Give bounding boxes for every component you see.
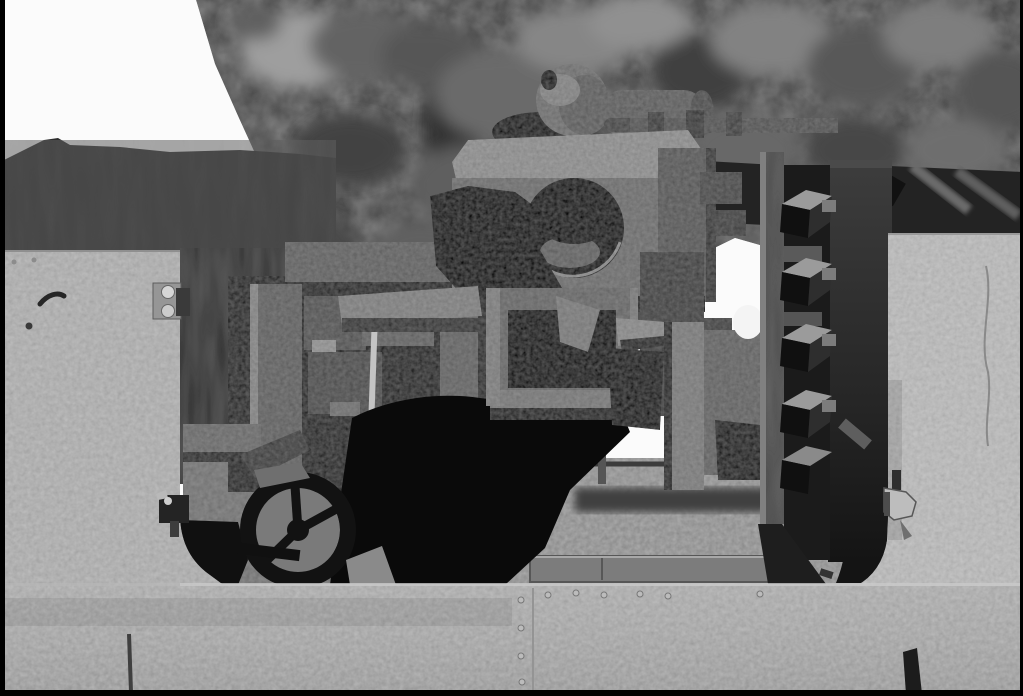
wall-stain-line (129, 634, 131, 692)
floor-tray (530, 556, 772, 582)
photo-frame (0, 0, 1023, 696)
armor-plate-right (828, 160, 892, 562)
sky-gap (733, 305, 763, 339)
wall-latch-upper-left (153, 283, 190, 319)
